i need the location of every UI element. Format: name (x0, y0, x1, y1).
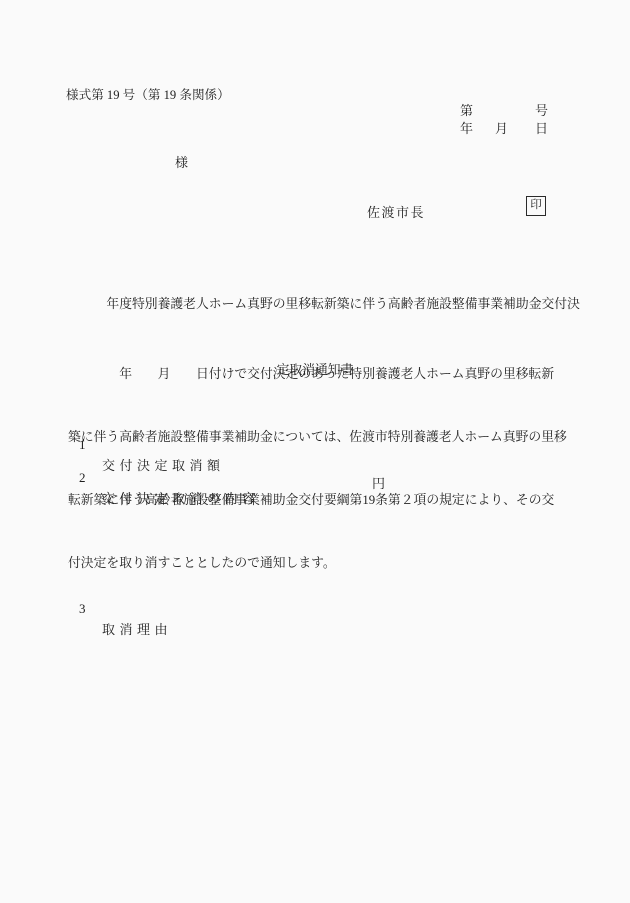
recipient-honorific: 様 (175, 152, 188, 171)
item-unit-yen: 円 (372, 473, 385, 492)
document-number-prefix: 第 (460, 100, 473, 119)
item-number: 1 (79, 437, 86, 453)
body-line-4: 付決定を取り消すこととしたので通知します。 (68, 553, 570, 574)
form-number: 様式第 19 号（第 19 条関係） (66, 84, 230, 103)
issuer-title: 佐渡市長 (367, 202, 425, 221)
item-number: 3 (79, 601, 86, 617)
item-number: 2 (79, 470, 86, 486)
item-label: 取消理由 (102, 619, 172, 638)
body-line-1: 年 月 日付けで交付決定のあった特別養護老人ホーム真野の里移転新 (68, 364, 570, 385)
seal-mark: 印 (530, 199, 542, 211)
date-day-label: 日 (535, 118, 548, 137)
seal-stamp-box: 印 (526, 196, 546, 216)
item-row-cancellation-reason: 3 取消理由 (0, 583, 630, 601)
date-month-label: 月 (495, 118, 508, 137)
document-number-suffix: 号 (535, 100, 548, 119)
document-page: 様式第 19 号（第 19 条関係） 第 号 年 月 日 様 佐渡市長 印 年度… (0, 0, 630, 903)
item-row-cancellation-amount: 1 交付決定取消額 円 (0, 419, 630, 437)
item-row-cancellation-details: 2 交付決定取消の内容 (0, 452, 630, 470)
document-title-line1: 年度特別養護老人ホーム真野の里移転新築に伴う高齢者施設整備事業補助金交付決 (68, 293, 562, 315)
date-year-label: 年 (460, 118, 473, 137)
item-label: 交付決定取消の内容 (102, 488, 260, 507)
